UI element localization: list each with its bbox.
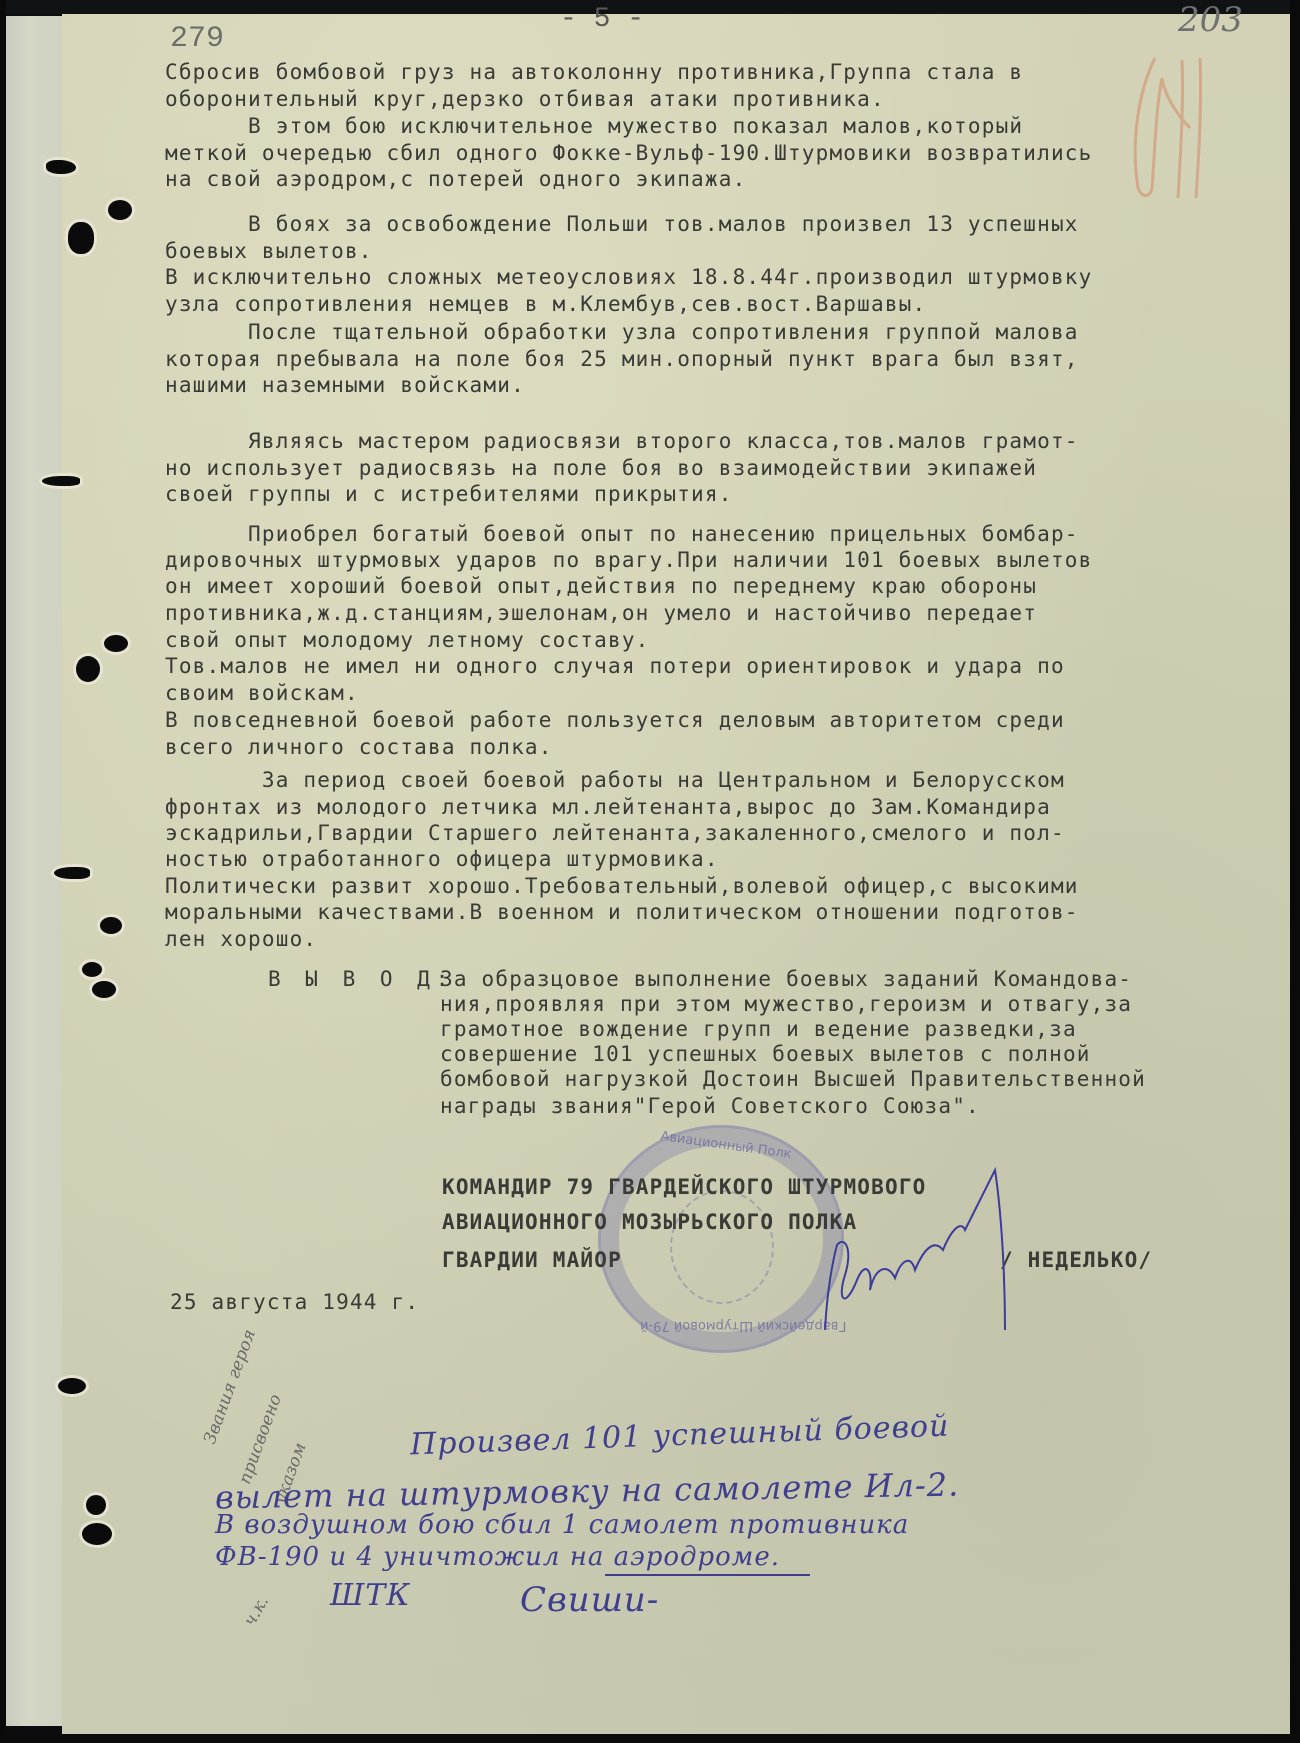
typed-line: Тов.малов не имел ни одного случая потер… [165,656,1065,677]
handwritten-signature: Свиши- [520,1580,659,1620]
conclusion-line: совершение 101 успешных боевых вылетов с… [440,1044,1091,1065]
handwritten-note-line: В воздушном бою сбил 1 самолет противник… [215,1510,909,1540]
typed-line: своим войскам. [165,683,359,704]
typed-line: свой опыт молодому летному составу. [165,630,650,651]
typed-line: моральными качествами.В военном и полити… [165,902,1079,923]
archive-number-handwritten: 203 [1178,0,1243,40]
typed-line: он имеет хороший боевой опыт,действия по… [165,576,1037,597]
underline-mark [605,1574,810,1576]
conclusion-line: награды звания"Герой Советского Союза". [440,1096,980,1117]
typed-line: на свой аэродром,с потерей одного экипаж… [165,169,746,190]
binding-hole [58,1378,86,1394]
typed-line: дировочных штурмовых ударов по врагу.При… [165,550,1093,571]
typed-line: фронтах из молодого летчика мл.лейтенант… [165,797,1051,818]
binding-hole [76,656,100,682]
handwritten-note-line: ФВ-190 и 4 уничтожил на аэродроме. [215,1542,780,1572]
typed-line: В этом бою исключительное мужество показ… [165,116,1023,137]
typed-line: ностью отработанного офицера штурмовика. [165,849,719,870]
typed-line: Сбросив бомбовой груз на автоколонну про… [165,62,1023,83]
typed-line: но использует радиосвязь на поле боя во … [165,458,1037,479]
typed-line: своей группы и с истребителями прикрытия… [165,484,733,505]
conclusion-line: ния,проявляя при этом мужество,героизм и… [440,994,1132,1015]
scan-top-border [0,0,1300,14]
binding-hole [46,160,76,174]
binding-hole [100,917,122,934]
typed-line: противника,ж.д.станциям,эшелонам,он умел… [165,603,1037,624]
scanned-document-page: 279 - 5 - 203 Сбросив бомбовой груз на а… [0,0,1300,1743]
typed-line: нашими наземными войсками. [165,375,525,396]
typed-line: узла сопротивления немцев в м.Клембув,се… [165,294,926,315]
red-pencil-mark-icon [1120,48,1210,208]
binding-hole [82,962,102,977]
page-marker-center: - 5 - [560,4,644,35]
binding-hole [82,1523,112,1545]
typed-line: эскадрильи,Гвардии Старшего лейтенанта,з… [165,823,1065,844]
typed-line: В боях за освобождение Польши тов.малов … [165,214,1079,235]
scan-bottom-border [0,1734,1300,1743]
document-date: 25 августа 1944 г. [170,1292,419,1313]
binding-hole [68,222,94,254]
binding-hole [104,635,128,652]
typed-line: Приобрел богатый боевой опыт по нанесени… [165,524,1079,545]
conclusion-line: грамотное вождение групп и ведение разве… [440,1019,1077,1040]
typed-line: В исключительно сложных метеоусловиях 18… [165,267,1093,288]
typed-line: За период своей боевой работы на Централ… [165,770,1065,791]
typed-page-number: 279 [170,22,224,56]
conclusion-line: бомбовой нагрузкой Достоин Высшей Правит… [440,1069,1146,1090]
scan-right-border [1290,0,1300,1743]
typed-line: оборонительный круг,дерзко отбивая атаки… [165,89,885,110]
typed-line: боевых вылетов. [165,241,373,262]
typed-line: В повседневной боевой работе пользуется … [165,710,1065,731]
typed-line: всего личного состава полка. [165,737,553,758]
binding-hole [54,867,90,879]
typed-line: которая пребывала на поле боя 25 мин.опо… [165,349,1079,370]
conclusion-line: За образцовое выполнение боевых заданий … [440,969,1132,990]
typed-line: Являясь мастером радиосвязи второго клас… [165,431,1079,452]
typed-line: лен хорошо. [165,929,317,950]
binding-hole [92,981,116,998]
binding-hole [86,1495,106,1515]
handwritten-note-line: ШТК [330,1578,410,1613]
typed-line: Политически развит хорошо.Требовательный… [165,876,1079,897]
typed-line: меткой очередью сбил одного Фокке-Вульф-… [165,143,1093,164]
commander-signature-icon [815,1150,1045,1340]
conclusion-label: В Ы В О Д: [268,969,454,990]
seal-emblem-icon [670,1190,774,1304]
commander-title-line: АВИАЦИОННОГО МОЗЫРЬСКОГО ПОЛКА [442,1212,857,1233]
binding-hole [42,476,80,486]
typed-line: После тщательной обработки узла сопротив… [165,322,1079,343]
commander-title-line: ГВАРДИИ МАЙОР [442,1250,622,1271]
binding-hole [108,200,132,220]
